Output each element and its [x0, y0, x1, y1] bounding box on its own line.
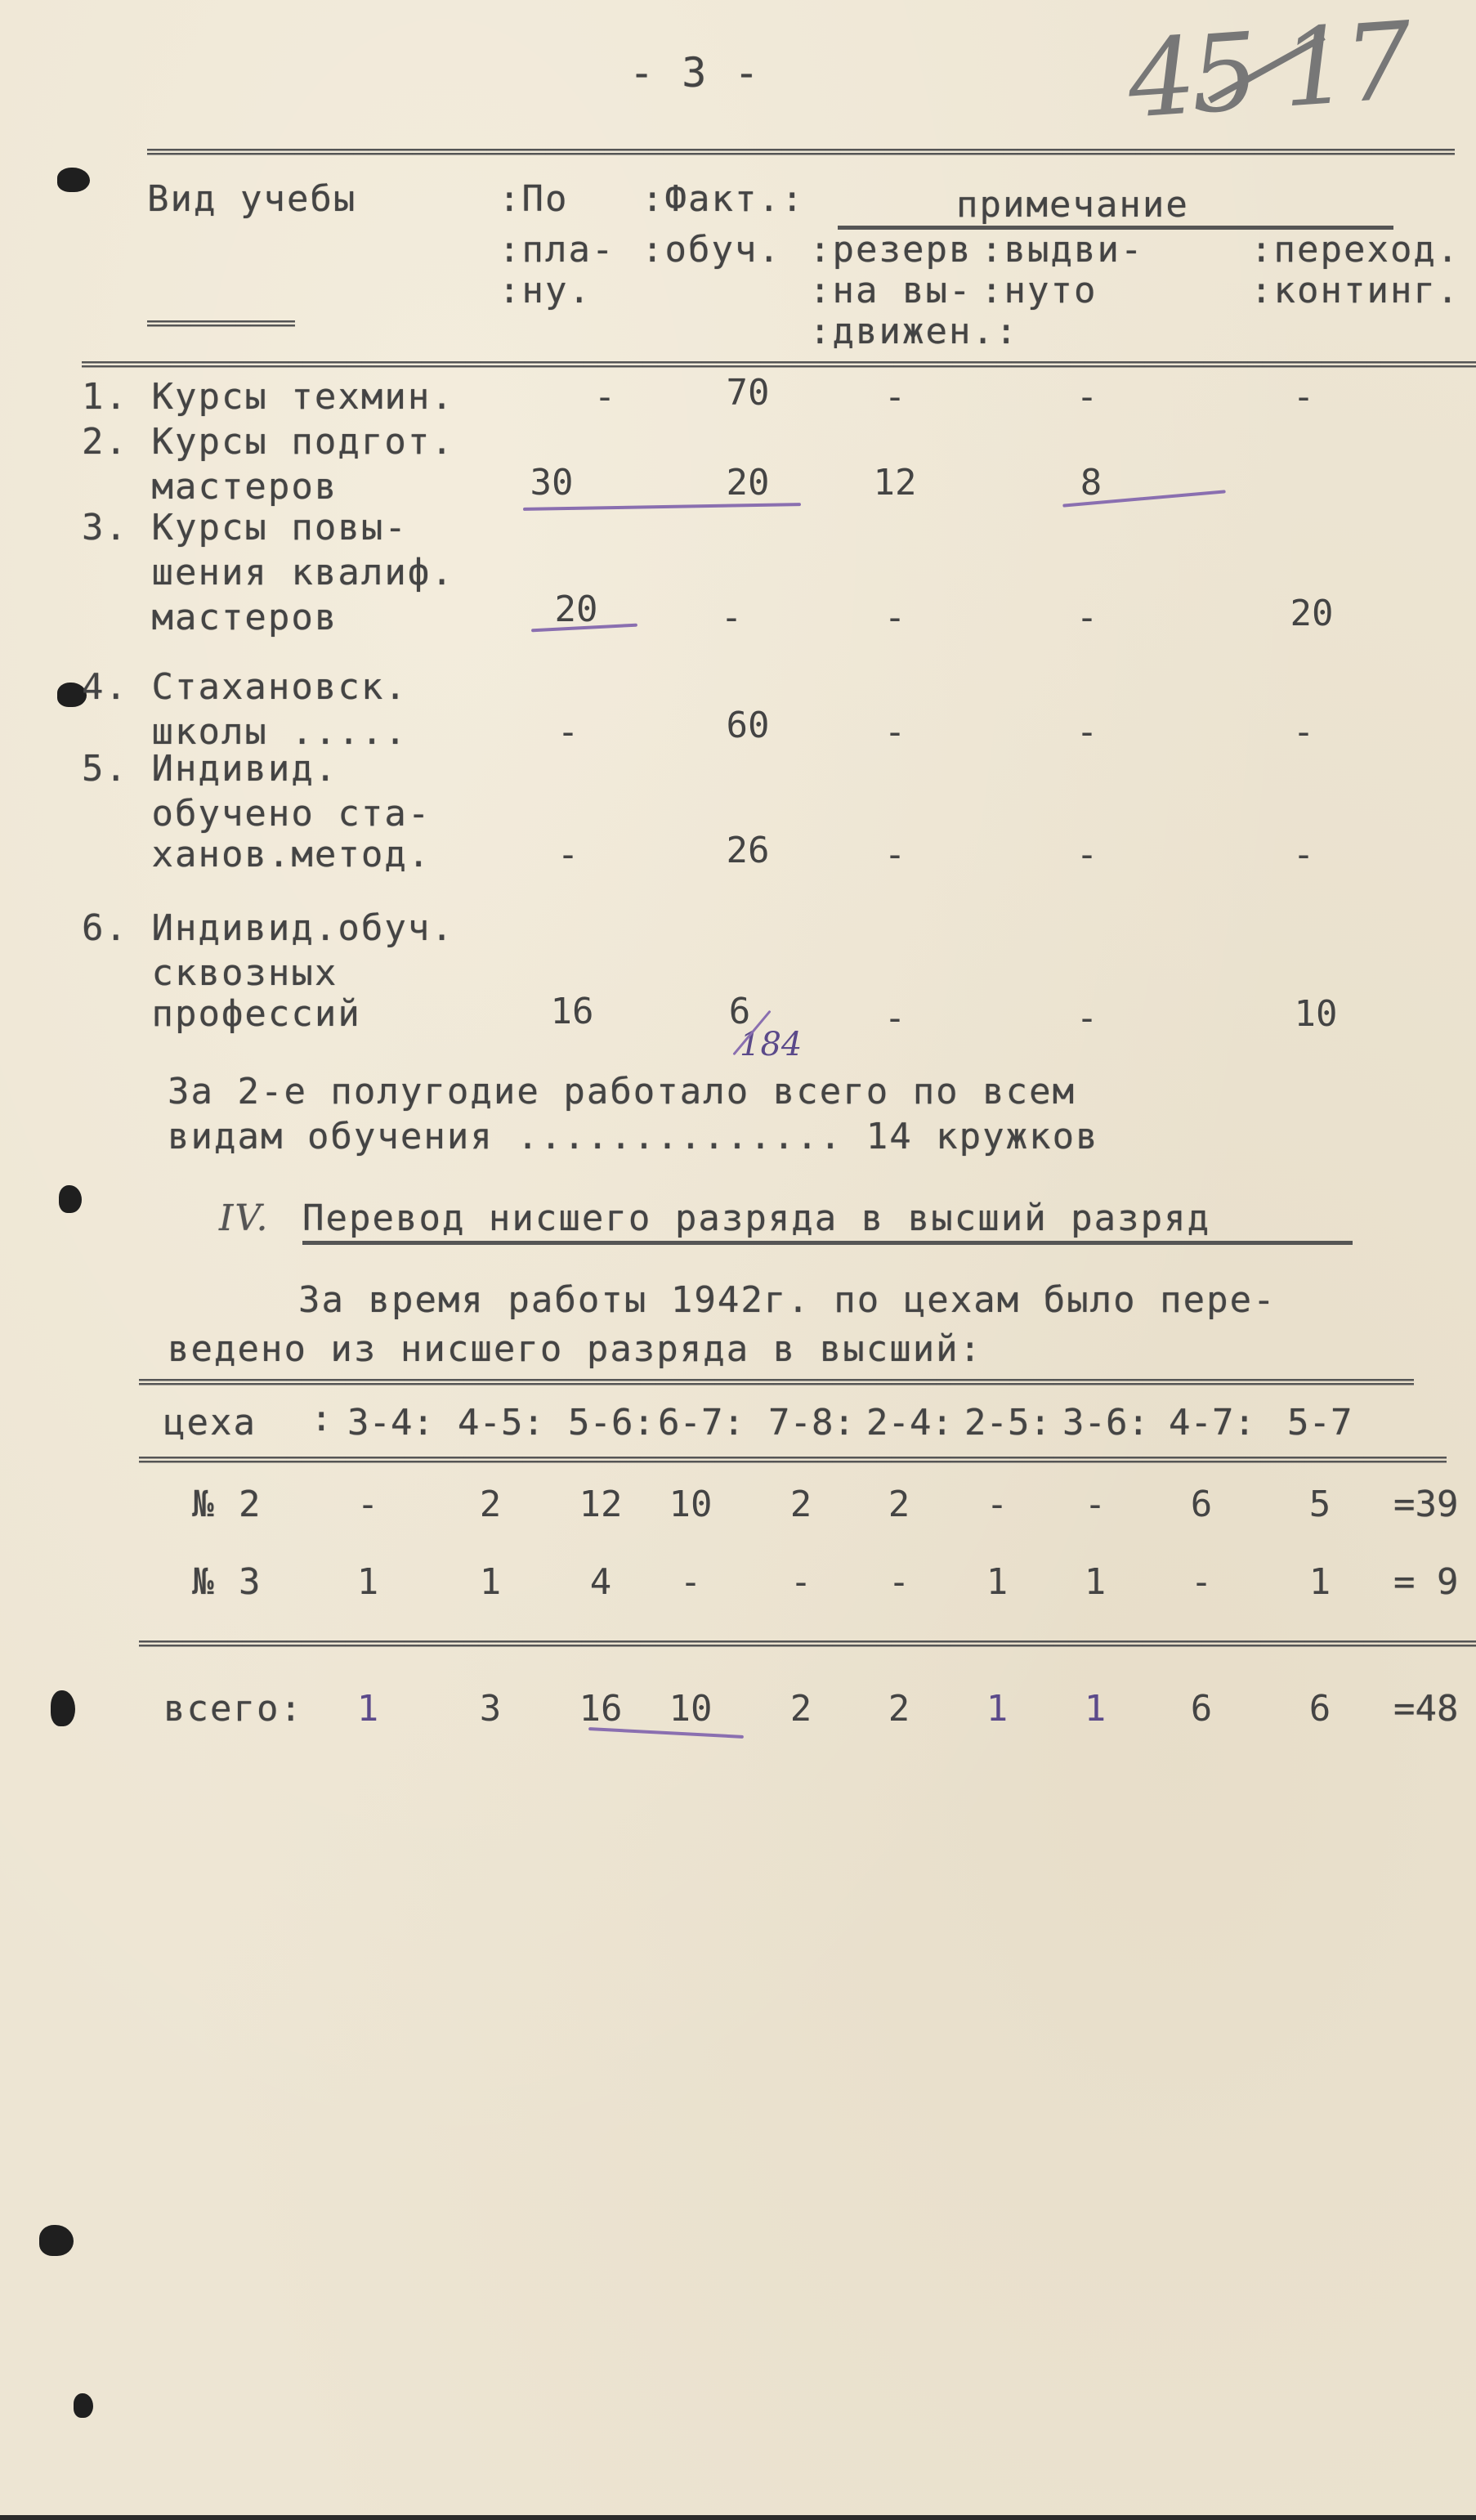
row-5-reserve: - — [858, 834, 932, 875]
row-1-transit: - — [1267, 376, 1340, 418]
row-3-label-2: шения квалиф. — [82, 552, 454, 593]
summary-line-1: За 2-е полугодие работало всего по всем — [168, 1071, 1076, 1112]
grade-column-header: 2-5: — [964, 1402, 1051, 1444]
row-4-label-2: школы ..... — [82, 711, 408, 753]
row-3-reserve: - — [858, 597, 932, 638]
header-reserve-1: :резерв — [809, 229, 972, 271]
row-3-transit: 20 — [1275, 593, 1349, 634]
row-4-reserve: - — [858, 711, 932, 753]
section-title-underline — [302, 1241, 1353, 1245]
row-1-plan: - — [568, 376, 642, 418]
row-6-reserve: - — [858, 997, 932, 1039]
row-6-label-3: профессий — [82, 993, 361, 1035]
grade-cell: 10 — [654, 1484, 727, 1525]
header-reserve-3: :движен.: — [809, 311, 1018, 352]
row-2-fact: 20 — [711, 462, 785, 504]
row-5-promoted: - — [1050, 834, 1124, 875]
row-4-fact: 60 — [711, 705, 785, 746]
header-plan-1: :По — [499, 178, 568, 220]
grade-cell: - — [764, 1561, 838, 1603]
row-5-label-2: обучено ста- — [82, 793, 431, 835]
row-2-promoted: 8 — [1054, 462, 1128, 504]
grade-cell: - — [331, 1484, 405, 1525]
row-5-fact: 26 — [711, 830, 785, 871]
header-actual-2: :обуч. — [642, 229, 781, 271]
grade-header-bottom-rule: ════════════════════════════════════════… — [139, 1455, 1447, 1466]
header-transit-2: :континг. — [1250, 270, 1460, 311]
grade-total-rule: ════════════════════════════════════════… — [139, 1639, 1476, 1650]
grade-column-header: 5-7 — [1287, 1402, 1352, 1444]
grade-cell: 1 — [331, 1688, 405, 1730]
grade-cell: 6 — [1165, 1688, 1238, 1730]
row-5-plan: - — [531, 834, 605, 875]
grade-cell: 16 — [564, 1688, 637, 1730]
grade-total-sum: =48 — [1393, 1688, 1458, 1730]
grade-cell: 1 — [960, 1561, 1034, 1603]
row-6-plan: 16 — [535, 991, 609, 1032]
punch-hole — [51, 1690, 75, 1726]
row-6-transit: 10 — [1279, 993, 1353, 1035]
grade-header-label: цеха — [163, 1402, 257, 1444]
grade-header-sep: : — [311, 1398, 334, 1439]
header-training-type: Вид учебы — [147, 178, 356, 220]
grade-cell: 1 — [1058, 1688, 1132, 1730]
header-reserve-2: :на вы- — [809, 270, 972, 311]
grade-cell: 1 — [1058, 1561, 1132, 1603]
grade-total-label: всего: — [163, 1688, 303, 1730]
row-3-label-1: 3. Курсы повы- — [82, 507, 408, 548]
header-promoted-1: :выдви- — [981, 229, 1143, 271]
grade-column-header: 7-8: — [768, 1402, 855, 1444]
header-actual-1: :Факт.: — [642, 178, 804, 220]
header-transit-1: :переход. — [1250, 229, 1460, 271]
grade-cell: - — [862, 1561, 936, 1603]
archive-folio-number: 45 17 — [1124, 0, 1411, 142]
grade-cell: 6 — [1283, 1688, 1357, 1730]
header-notes-group: примечание — [956, 184, 1189, 226]
grade-cell: - — [1058, 1484, 1132, 1525]
header-promoted-2: :нуто — [981, 270, 1097, 311]
grade-cell: 1 — [1283, 1561, 1357, 1603]
header-bottom-rule: ════════════════════════════════════════… — [82, 360, 1476, 371]
scan-bottom-edge — [0, 2515, 1476, 2520]
section-numeral: IV. — [219, 1197, 269, 1239]
row-4-transit: - — [1267, 711, 1340, 753]
row-2-plan: 30 — [515, 462, 588, 504]
row-1-promoted: - — [1050, 376, 1124, 418]
grade-cell: - — [654, 1561, 727, 1603]
table-top-rule: ════════════════════════════════════════… — [147, 147, 1455, 159]
handwritten-total: 184 — [740, 1026, 802, 1063]
grade-cell: 1 — [454, 1561, 527, 1603]
punch-hole — [74, 2393, 93, 2418]
row-3-label-3: мастеров — [82, 597, 338, 638]
row-1-reserve: - — [858, 376, 932, 418]
row-6-label-2: сквозных — [82, 952, 338, 994]
grade-cell: 1 — [960, 1688, 1034, 1730]
grade-column-header: 6-7: — [658, 1402, 745, 1444]
grade-cell: 5 — [1283, 1484, 1357, 1525]
grade-cell: 2 — [764, 1484, 838, 1525]
row-4-promoted: - — [1050, 711, 1124, 753]
grade-column-header: 4-5: — [458, 1402, 544, 1444]
grade-cell: 12 — [564, 1484, 637, 1525]
row-3-promoted: - — [1050, 597, 1124, 638]
grade-row-2-total: =39 — [1393, 1484, 1458, 1525]
grade-row-3-label: № 3 — [192, 1561, 262, 1603]
punch-hole — [57, 168, 90, 192]
row-5-label-1: 5. Индивид. — [82, 748, 338, 790]
row-4-plan: - — [531, 711, 605, 753]
grade-table-top-rule: ════════════════════════════════════════… — [139, 1377, 1414, 1389]
row-6-promoted: - — [1050, 997, 1124, 1039]
row-3-plan: 20 — [539, 589, 613, 630]
grade-row-3-total: = 9 — [1393, 1561, 1458, 1603]
grade-cell: 4 — [564, 1561, 637, 1603]
header-plan-2: :пла- — [499, 229, 615, 271]
grade-cell: 2 — [862, 1688, 936, 1730]
grade-column-header: 5-6: — [568, 1402, 655, 1444]
section-intro-2: ведено из нисшего разряда в высший: — [168, 1328, 982, 1370]
summary-line-2: видам обучения .............. 14 кружков — [168, 1116, 1099, 1157]
row-1-label: 1. Курсы техмин. — [82, 376, 454, 418]
grade-cell: 3 — [454, 1688, 527, 1730]
grade-cell: 2 — [454, 1484, 527, 1525]
header-plan-3: :ну. — [499, 270, 592, 311]
row-6-label-1: 6. Индивид.обуч. — [82, 907, 454, 949]
section-title: Перевод нисшего разряда в высший разряд — [302, 1197, 1210, 1239]
grade-cell: 6 — [1165, 1484, 1238, 1525]
grade-column-header: 2-4: — [866, 1402, 953, 1444]
row-2-label-1: 2. Курсы подгот. — [82, 421, 454, 463]
row-1-fact: 70 — [711, 372, 785, 414]
page-number: - 3 - — [629, 49, 761, 96]
grade-column-header: 3-6: — [1062, 1402, 1149, 1444]
row-2-reserve: 12 — [858, 462, 932, 504]
grade-cell: - — [960, 1484, 1034, 1525]
row-5-transit: - — [1267, 834, 1340, 875]
grade-column-header: 4-7: — [1169, 1402, 1255, 1444]
row-3-fact: - — [695, 597, 768, 638]
grade-cell: - — [1165, 1561, 1238, 1603]
section-intro-1: За время работы 1942г. по цехам было пер… — [298, 1279, 1277, 1321]
punch-hole — [59, 1185, 82, 1213]
punch-hole — [39, 2225, 74, 2256]
grade-column-header: 3-4: — [347, 1402, 434, 1444]
row-4-label-1: 4. Стахановск. — [82, 666, 408, 708]
grade-cell: 2 — [764, 1688, 838, 1730]
row-2-label-2: мастеров — [82, 466, 338, 508]
grade-cell: 1 — [331, 1561, 405, 1603]
grade-row-2-label: № 2 — [192, 1484, 262, 1525]
header-sub-rule: ══════════ — [147, 319, 392, 330]
row-5-label-3: ханов.метод. — [82, 834, 431, 875]
grade-cell: 2 — [862, 1484, 936, 1525]
grade-cell: 10 — [654, 1688, 727, 1730]
